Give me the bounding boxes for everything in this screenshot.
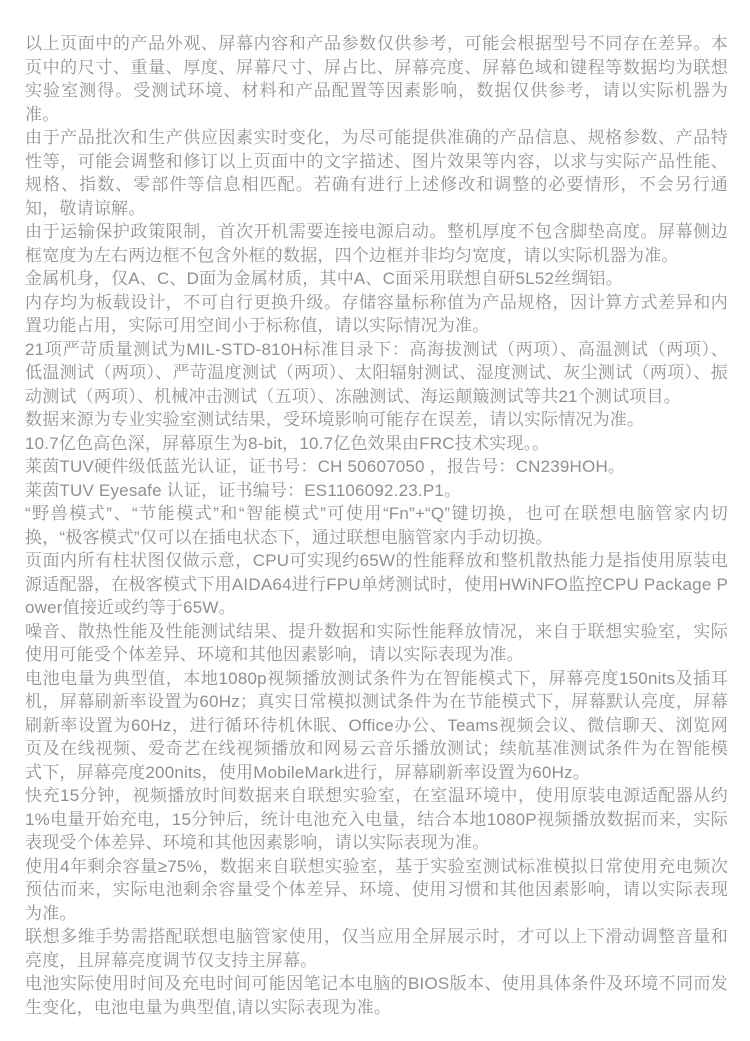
disclaimer-document: 以上页面中的产品外观、屏幕内容和产品参数仅供参考，可能会根据型号不同存在差异。本… (0, 0, 750, 1041)
disclaimer-paragraph-battery-capacity-4y: 使用4年剩余容量≥75%，数据来自联想实验室，基于实验室测试标准模拟日常使用充电… (25, 855, 728, 926)
disclaimer-paragraph-lab-data: 数据来源为专业实验室测试结果，受环境影响可能存在误差，请以实际情况为准。 (25, 408, 728, 432)
disclaimer-paragraph-memory-storage: 内存均为板载设计，不可自行更换升级。存储容量标称值为产品规格，因计算方式差异和内… (25, 291, 728, 338)
disclaimer-paragraph-revisions: 由于产品批次和生产供应因素实时变化，为尽可能提供准确的产品信息、规格参数、产品特… (25, 126, 728, 220)
disclaimer-paragraph-metal-body: 金属机身，仅A、C、D面为金属材质，其中A、C面采用联想自研5L52丝绸铝。 (25, 267, 728, 291)
disclaimer-paragraph-performance-modes: “野兽模式”、“节能模式”和“智能模式”可使用“Fn”+“Q”键切换，也可在联想… (25, 502, 728, 549)
disclaimer-paragraph-noise-thermal: 噪音、散热性能及性能测试结果、提升数据和实际性能释放情况，来自于联想实验室，实际… (25, 620, 728, 667)
disclaimer-paragraph-gestures: 联想多维手势需搭配联想电脑管家使用，仅当应用全屏展示时，才可以上下滑动调整音量和… (25, 925, 728, 972)
disclaimer-paragraph-fast-charge: 快充15分钟，视频播放时间数据来自联想实验室，在室温环境中，使用原装电源适配器从… (25, 784, 728, 855)
disclaimer-paragraph-appearance: 以上页面中的产品外观、屏幕内容和产品参数仅供参考，可能会根据型号不同存在差异。本… (25, 32, 728, 126)
disclaimer-paragraph-color-depth: 10.7亿色高色深，屏幕原生为8-bit，10.7亿色效果由FRC技术实现。。 (25, 432, 728, 456)
disclaimer-paragraph-transport-bezel: 由于运输保护政策限制，首次开机需要连接电源启动。整机厚度不包含脚垫高度。屏幕侧边… (25, 220, 728, 267)
disclaimer-paragraph-battery-tests: 电池电量为典型值，本地1080p视频播放测试条件为在智能模式下，屏幕亮度150n… (25, 667, 728, 785)
disclaimer-paragraph-battery-bios: 电池实际使用时间及充电时间可能因笔记本电脑的BIOS版本、使用具体条件及环境不同… (25, 972, 728, 1019)
disclaimer-paragraph-milstd-tests: 21项严苛质量测试为MIL-STD-810H标准目录下：高海拔测试（两项）、高温… (25, 338, 728, 409)
disclaimer-paragraph-cpu-65w: 页面内所有柱状图仅做示意，CPU可实现约65W的性能释放和整机散热能力是指使用原… (25, 549, 728, 620)
disclaimer-paragraph-tuv-lowbluelight: 莱茵TUV硬件级低蓝光认证，证书号：CH 50607050 ，报告号：CN239… (25, 455, 728, 479)
disclaimer-paragraph-tuv-eyesafe: 莱茵TUV Eyesafe 认证，证书编号：ES1106092.23.P1。 (25, 479, 728, 503)
